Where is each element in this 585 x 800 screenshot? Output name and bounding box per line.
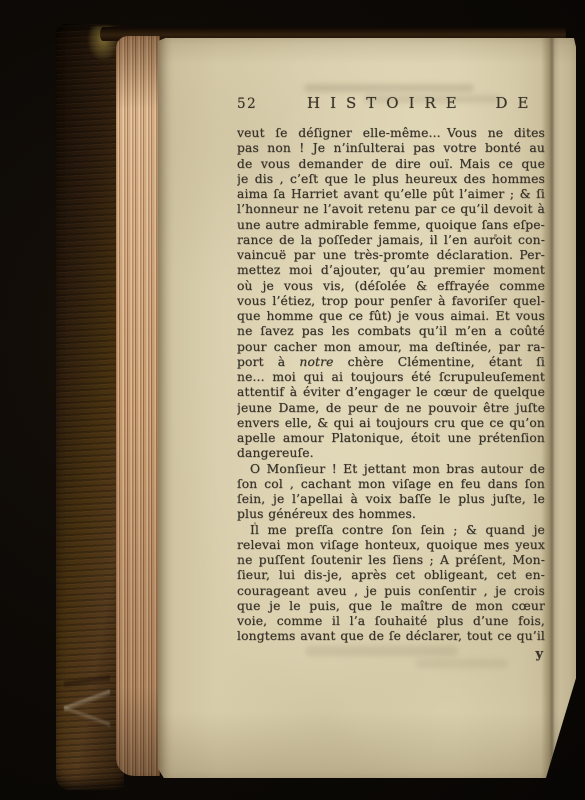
text-line: l’honneur ne l’avoit retenu par ce qu’il… (237, 202, 545, 217)
text-line: veut ſe déſigner elle-même... Vous ne di… (237, 126, 545, 141)
text-segment: aima ſa Harriet avant qu’elle pût l’aime… (237, 187, 545, 201)
text-line: jeune Dame, de peur de ne pouvoir être j… (237, 401, 545, 416)
text-segment: vous l’étiez, trop pour penſer à favoriſ… (237, 294, 545, 308)
text-segment: ne ſavez pas les combats qu’il m’en a co… (237, 324, 545, 338)
text-line: vous l’étiez, trop pour penſer à favoriſ… (237, 294, 545, 309)
text-segment: ſon col , cachant mon viſage en feu dans… (237, 477, 545, 491)
text-line: ne puſſent ſoutenir les ſiens ; A préſen… (237, 553, 545, 568)
text-line: dangereuſe. (237, 446, 545, 461)
text-segment: attentif à éviter d’engager le cœur de q… (237, 385, 545, 399)
text-line: port à notre chère Clémentine, étant ſi … (237, 355, 545, 370)
text-line: que homme que ce fût) je vous aimai. Et … (237, 309, 545, 324)
text-line: O Monſieur ! Et jettant mon bras autour … (237, 462, 545, 477)
text-segment: que homme que ce fût) je vous aimai. Et … (237, 309, 545, 323)
text-segment: rance de la poſſeder jamais, il l’en aur… (237, 233, 545, 247)
text-line: je dis , c’eſt que le plus heureux des h… (237, 172, 545, 187)
text-line: ſon col , cachant mon viſage en feu dans… (237, 477, 545, 492)
text-line: voie, comme il l’a ſouhaité plus d’une f… (237, 614, 545, 629)
text-line: attentif à éviter d’engager le cœur de q… (237, 385, 545, 400)
text-segment: l’honneur ne l’avoit retenu par ce qu’il… (237, 202, 545, 216)
text-segment: Il me preſſa contre ſon ſein ; & quand j… (250, 523, 545, 537)
text-segment: port à (237, 355, 299, 369)
catchword: y (535, 647, 545, 662)
text-segment: envers elle, & qui ai toujours cru que c… (237, 416, 545, 430)
text-line: une autre admirable femme, quoique ſans … (237, 218, 545, 233)
text-segment: ne... moi qui ai toujours été ſcrupuleuſ… (237, 370, 545, 384)
show-through-stain (304, 84, 474, 92)
book-spine-cover (56, 24, 124, 790)
text-segment: mettez moi d’ajouter, qu’au premier mome… (237, 263, 545, 277)
text-segment: dangereuſe. (237, 446, 314, 460)
text-line: plus généreux des hommes. (237, 507, 545, 522)
photo-background: 52 HISTOIRE DE veut ſe déſigner elle-mêm… (0, 0, 585, 800)
text-segment: de vous demander de dire ouï. Mais ce qu… (237, 157, 545, 171)
text-line: aima ſa Harriet avant qu’elle pût l’aime… (237, 187, 545, 202)
text-segment: jeune Dame, de peur de ne pouvoir être j… (237, 401, 545, 415)
text-line: longtems avant que de ſe déclarer, tout … (237, 629, 545, 644)
running-header: HISTOIRE DE (307, 95, 539, 111)
text-segment: je dis , c’eſt que le plus heureux des h… (237, 172, 545, 186)
text-segment: pour cacher mon amour, ma deſtinée, par … (237, 340, 545, 354)
text-line: courageant aveu , je puis conſentir , je… (237, 584, 545, 599)
text-segment: voie, comme il l’a ſouhaité plus d’une f… (237, 614, 545, 628)
text-line: Il me preſſa contre ſon ſein ; & quand j… (237, 523, 545, 538)
text-segment: apelle amour Platonique, étoit une préte… (237, 431, 545, 445)
text-segment: relevai mon viſage honteux, quoique mes … (237, 538, 545, 552)
text-line: ſieur, lui dis-je, après cet obligeant, … (237, 568, 545, 583)
page-edges-stack (116, 36, 160, 776)
catchword-row: y (237, 645, 545, 660)
page-number: 52 (237, 96, 257, 112)
text-line: rance de la poſſeder jamais, il l’en aur… (237, 233, 545, 248)
text-segment: ſieur, lui dis-je, après cet obligeant, … (237, 568, 545, 582)
text-segment: une autre admirable femme, quoique ſans … (237, 218, 545, 232)
text-line: pas non ! Je n’inſulterai pas votre bont… (237, 141, 545, 156)
text-line: mettez moi d’ajouter, qu’au premier mome… (237, 263, 545, 278)
page-header-row: 52 HISTOIRE DE (237, 95, 545, 111)
text-line: apelle amour Platonique, étoit une préte… (237, 431, 545, 446)
body-text: veut ſe déſigner elle-même... Vous ne di… (237, 126, 545, 645)
printed-content: 52 HISTOIRE DE veut ſe déſigner elle-mêm… (237, 95, 545, 660)
text-line: envers elle, & qui ai toujours cru que c… (237, 416, 545, 431)
text-line: relevai mon viſage honteux, quoique mes … (237, 538, 545, 553)
text-line: que je le puis, que le maître de mon cœu… (237, 599, 545, 614)
text-line: pour cacher mon amour, ma deſtinée, par … (237, 340, 545, 355)
text-segment: ne puſſent ſoutenir les ſiens ; A préſen… (237, 553, 545, 567)
text-segment: plus généreux des hommes. (237, 507, 416, 521)
text-segment: vaincuë par une très-promte déclaration.… (237, 248, 545, 262)
text-line: où je vous vis, (déſolée & effrayée comm… (237, 279, 545, 294)
text-segment: ſein, je l’apellai à voix baſſe le plus … (237, 492, 545, 506)
italic-word: notre (299, 355, 333, 369)
text-segment: pas non ! Je n’inſulterai pas votre bont… (237, 141, 545, 156)
show-through-stain (416, 659, 508, 668)
text-line: ne... moi qui ai toujours été ſcrupuleuſ… (237, 370, 545, 385)
book-page: 52 HISTOIRE DE veut ſe déſigner elle-mêm… (158, 38, 576, 778)
text-segment: courageant aveu , je puis conſentir , je… (237, 584, 545, 598)
text-line: vaincuë par une très-promte déclaration.… (237, 248, 545, 263)
text-line: ne ſavez pas les combats qu’il m’en a co… (237, 324, 545, 339)
text-line: de vous demander de dire ouï. Mais ce qu… (237, 157, 545, 172)
text-segment: O Monſieur ! Et jettant mon bras autour … (250, 462, 545, 476)
text-line: ſein, je l’apellai à voix baſſe le plus … (237, 492, 545, 507)
text-segment: veut ſe déſigner elle-même... Vous ne di… (237, 126, 545, 140)
text-segment: longtems avant que de ſe déclarer, tout … (237, 629, 545, 643)
text-segment: où je vous vis, (déſolée & effrayée comm… (237, 279, 545, 293)
text-segment: que je le puis, que le maître de mon cœu… (237, 599, 545, 613)
